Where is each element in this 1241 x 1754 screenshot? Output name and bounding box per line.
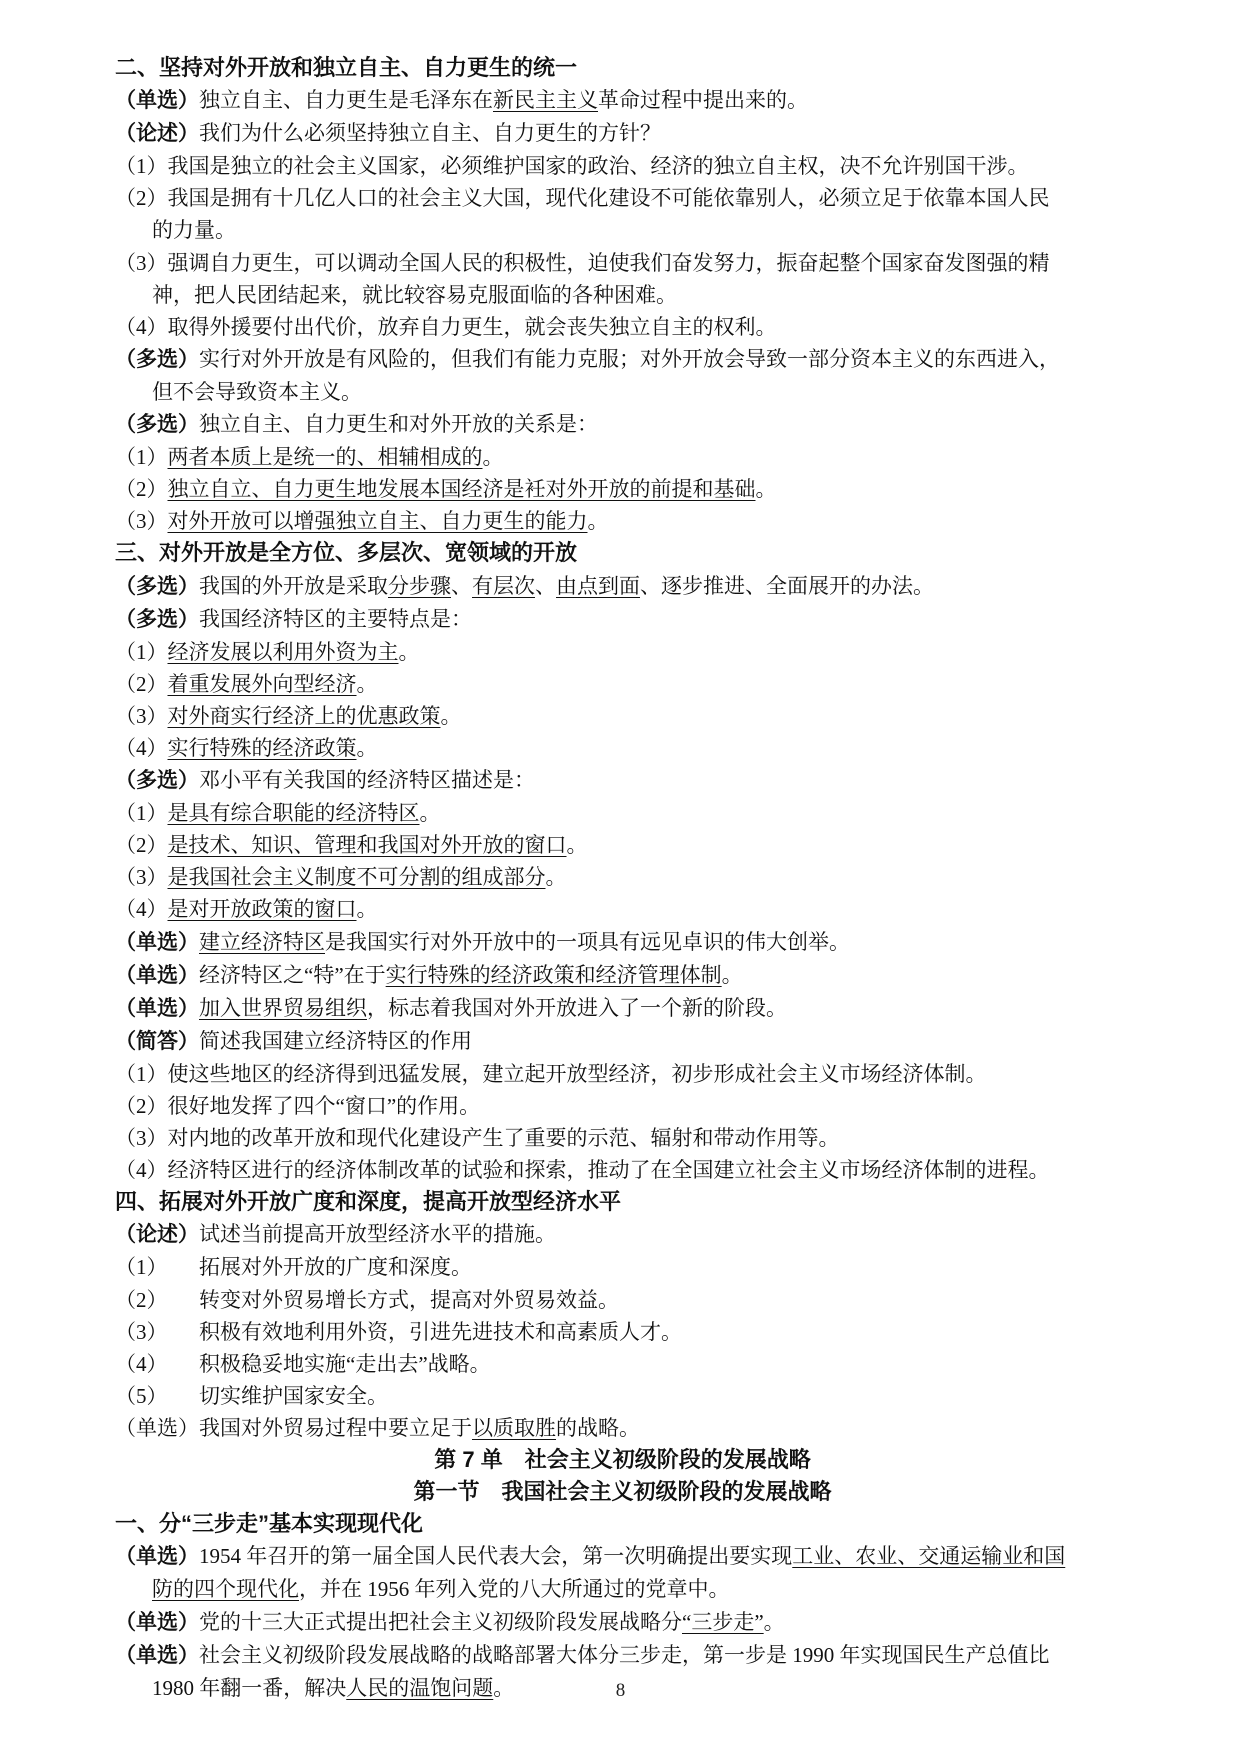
section-heading: 四、拓展对外开放广度和深度，提高开放型经济水平 bbox=[115, 1186, 1130, 1218]
text-run: 的力量。 bbox=[152, 218, 236, 242]
text-run: 神，把人民团结起来，就比较容易克服面临的各种困难。 bbox=[152, 283, 677, 307]
text-run: 、逐步推进、全面展开的办法。 bbox=[640, 574, 934, 598]
question-type-label: （单选） bbox=[115, 1545, 199, 1568]
text-run: （4） bbox=[115, 897, 168, 921]
text-run: （1） bbox=[115, 640, 168, 664]
text-run: 但不会导致资本主义。 bbox=[152, 380, 362, 404]
doc-line: 但不会导致资本主义。 bbox=[115, 376, 1130, 408]
doc-line: （1）经济发展以利用外资为主。 bbox=[115, 636, 1130, 668]
doc-line: （多选）我国的外开放是采取分步骤、有层次、由点到面、逐步推进、全面展开的办法。 bbox=[115, 570, 1130, 603]
text-run: 经济特区之“特”在于 bbox=[199, 963, 386, 987]
text-run: 独立自主、自力更生是毛泽东在 bbox=[199, 88, 493, 112]
underlined-answer-text: 以质取胜 bbox=[472, 1416, 556, 1440]
text-run: 。 bbox=[764, 1610, 785, 1634]
doc-line: （2）我国是拥有十几亿人口的社会主义大国，现代化建设不可能依靠别人，必须立足于依… bbox=[115, 182, 1130, 214]
underlined-answer-text: 由点到面 bbox=[556, 574, 640, 598]
doc-line: （1）两者本质上是统一的、相辅相成的。 bbox=[115, 441, 1130, 473]
doc-line: （2）很好地发挥了四个“窗口”的作用。 bbox=[115, 1090, 1130, 1122]
text-run: 二、坚持对外开放和独立自主、自力更生的统一 bbox=[115, 55, 577, 80]
underlined-answer-text: 建立经济特区 bbox=[199, 930, 325, 954]
doc-line: 神，把人民团结起来，就比较容易克服面临的各种困难。 bbox=[115, 279, 1130, 311]
underlined-answer-text: 加入世界贸易组织 bbox=[199, 996, 367, 1020]
doc-line: 的力量。 bbox=[115, 214, 1130, 246]
text-run: 党的十三大正式提出把社会主义初级阶段发展战略分 bbox=[199, 1610, 682, 1634]
doc-line: （5） 切实维护国家安全。 bbox=[115, 1380, 1130, 1412]
underlined-answer-text: 是我国社会主义制度不可分割的组成部分 bbox=[168, 865, 546, 889]
text-run: 试述当前提高开放型经济水平的措施。 bbox=[199, 1222, 556, 1246]
text-run: （1） bbox=[115, 445, 168, 469]
doc-line: （1） 拓展对外开放的广度和深度。 bbox=[115, 1251, 1130, 1283]
text-run: （4） bbox=[115, 736, 168, 760]
text-run: 四、拓展对外开放广度和深度，提高开放型经济水平 bbox=[115, 1189, 621, 1214]
doc-line: （单选）经济特区之“特”在于实行特殊的经济政策和经济管理体制。 bbox=[115, 959, 1130, 992]
underlined-answer-text: 着重发展外向型经济 bbox=[168, 672, 357, 696]
doc-line: （单选）社会主义初级阶段发展战略的战略部署大体分三步走，第一步是 1990 年实… bbox=[115, 1639, 1130, 1672]
text-run: 。 bbox=[399, 640, 420, 664]
doc-line: （2）着重发展外向型经济。 bbox=[115, 668, 1130, 700]
underlined-answer-text: 实行特殊的经济政策和经济管理体制 bbox=[386, 963, 722, 987]
chapter-title: 第 7 单 社会主义初级阶段的发展战略 bbox=[115, 1444, 1130, 1476]
doc-line: （单选）党的十三大正式提出把社会主义初级阶段发展战略分“三步走”。 bbox=[115, 1606, 1130, 1639]
chapter-title: 第一节 我国社会主义初级阶段的发展战略 bbox=[115, 1476, 1130, 1508]
text-run: 邓小平有关我国的经济特区描述是： bbox=[199, 768, 535, 792]
text-run: 实行对外开放是有风险的，但我们有能力克服；对外开放会导致一部分资本主义的东西进入… bbox=[199, 347, 1060, 371]
doc-line: （3）对外商实行经济上的优惠政策。 bbox=[115, 700, 1130, 732]
text-run: 1954 年召开的第一届全国人民代表大会，第一次明确提出要实现 bbox=[199, 1544, 792, 1568]
text-run: 第 7 单 社会主义初级阶段的发展战略 bbox=[434, 1447, 810, 1472]
question-type-label: （多选） bbox=[115, 413, 199, 436]
doc-line: （简答）简述我国建立经济特区的作用 bbox=[115, 1025, 1130, 1058]
text-run: ，标志着我国对外开放进入了一个新的阶段。 bbox=[367, 996, 787, 1020]
underlined-answer-text: 两者本质上是统一的、相辅相成的 bbox=[168, 445, 483, 469]
text-run: （3）强调自力更生，可以调动全国人民的积极性，迫使我们奋发努力，振奋起整个国家奋… bbox=[115, 251, 1050, 275]
question-type-label: （多选） bbox=[115, 575, 199, 598]
underlined-answer-text: 对外商实行经济上的优惠政策 bbox=[168, 704, 441, 728]
text-run: （2） 转变对外贸易增长方式，提高对外贸易效益。 bbox=[115, 1288, 619, 1312]
underlined-answer-text: 是对开放政策的窗口 bbox=[168, 897, 357, 921]
underlined-answer-text: “三步走” bbox=[682, 1610, 764, 1634]
text-run: （1） 拓展对外开放的广度和深度。 bbox=[115, 1255, 472, 1279]
text-run: （4）经济特区进行的经济体制改革的试验和探索，推动了在全国建立社会主义市场经济体… bbox=[115, 1158, 1050, 1182]
doc-line: （3）强调自力更生，可以调动全国人民的积极性，迫使我们奋发努力，振奋起整个国家奋… bbox=[115, 247, 1130, 279]
document-body: 二、坚持对外开放和独立自主、自力更生的统一（单选）独立自主、自力更生是毛泽东在新… bbox=[115, 52, 1130, 1704]
doc-line: （多选）独立自主、自力更生和对外开放的关系是： bbox=[115, 408, 1130, 441]
doc-line: （1）使这些地区的经济得到迅猛发展，建立起开放型经济，初步形成社会主义市场经济体… bbox=[115, 1058, 1130, 1090]
text-run: （1）我国是独立的社会主义国家，必须维护国家的政治、经济的独立自主权，决不允许别… bbox=[115, 154, 1029, 178]
text-run: （2） bbox=[115, 833, 168, 857]
question-type-label: （论述） bbox=[115, 122, 199, 145]
underlined-answer-text: 实行特殊的经济政策 bbox=[168, 736, 357, 760]
text-run: 。 bbox=[483, 445, 504, 469]
text-run: （3） 积极有效地利用外资，引进先进技术和高素质人才。 bbox=[115, 1320, 682, 1344]
text-run: 我国经济特区的主要特点是： bbox=[199, 607, 472, 631]
page-number: 8 bbox=[0, 1680, 1241, 1702]
underlined-answer-text: 分步骤 bbox=[388, 574, 451, 598]
text-run: 。 bbox=[756, 477, 777, 501]
text-run: （2） bbox=[115, 477, 168, 501]
underlined-answer-text: 防的四个现代化 bbox=[152, 1577, 299, 1601]
doc-line: （1）是具有综合职能的经济特区。 bbox=[115, 797, 1130, 829]
text-run: 。 bbox=[357, 736, 378, 760]
question-type-label: （单选） bbox=[115, 964, 199, 987]
text-run: 、 bbox=[535, 574, 556, 598]
question-type-label: （单选） bbox=[115, 89, 199, 112]
text-run: （1）使这些地区的经济得到迅猛发展，建立起开放型经济，初步形成社会主义市场经济体… bbox=[115, 1062, 987, 1086]
text-run: 。 bbox=[546, 865, 567, 889]
doc-line: （2） 转变对外贸易增长方式，提高对外贸易效益。 bbox=[115, 1284, 1130, 1316]
underlined-answer-text: 对外开放可以增强独立自主、自力更生的能力 bbox=[168, 509, 588, 533]
text-run: （3）对内地的改革开放和现代化建设产生了重要的示范、辐射和带动作用等。 bbox=[115, 1126, 840, 1150]
doc-line: （单选）我国对外贸易过程中要立足于以质取胜的战略。 bbox=[115, 1412, 1130, 1444]
text-run: （3） bbox=[115, 865, 168, 889]
section-heading: 一、分“三步走”基本实现现代化 bbox=[115, 1508, 1130, 1540]
text-run: （2）我国是拥有十几亿人口的社会主义大国，现代化建设不可能依靠别人，必须立足于依… bbox=[115, 186, 1050, 210]
doc-line: （单选）加入世界贸易组织，标志着我国对外开放进入了一个新的阶段。 bbox=[115, 992, 1130, 1025]
section-heading: 三、对外开放是全方位、多层次、宽领域的开放 bbox=[115, 537, 1130, 569]
text-run: 社会主义初级阶段发展战略的战略部署大体分三步走，第一步是 1990 年实现国民生… bbox=[199, 1643, 1050, 1667]
doc-line: 防的四个现代化，并在 1956 年列入党的八大所通过的党章中。 bbox=[115, 1573, 1130, 1605]
doc-line: （单选）1954 年召开的第一届全国人民代表大会，第一次明确提出要实现工业、农业… bbox=[115, 1540, 1130, 1573]
question-type-label: （多选） bbox=[115, 769, 199, 792]
text-run: 。 bbox=[441, 704, 462, 728]
text-run: 独立自主、自力更生和对外开放的关系是： bbox=[199, 412, 598, 436]
text-run: 。 bbox=[722, 963, 743, 987]
doc-line: （多选）实行对外开放是有风险的，但我们有能力克服；对外开放会导致一部分资本主义的… bbox=[115, 343, 1130, 376]
section-heading: 二、坚持对外开放和独立自主、自力更生的统一 bbox=[115, 52, 1130, 84]
text-run: （1） bbox=[115, 801, 168, 825]
text-run: （4） 积极稳妥地实施“走出去”战略。 bbox=[115, 1352, 491, 1376]
text-run: 。 bbox=[357, 897, 378, 921]
doc-line: （单选）建立经济特区是我国实行对外开放中的一项具有远见卓识的伟大创举。 bbox=[115, 926, 1130, 959]
text-run: （3） bbox=[115, 509, 168, 533]
text-run: 一、分“三步走”基本实现现代化 bbox=[115, 1511, 423, 1536]
question-type-label: （多选） bbox=[115, 348, 199, 371]
question-type-label: （单选） bbox=[115, 997, 199, 1020]
text-run: ，并在 1956 年列入党的八大所通过的党章中。 bbox=[299, 1577, 730, 1601]
text-run: 、 bbox=[451, 574, 472, 598]
underlined-answer-text: 独立自立、自力更生地发展本国经济是衽对外开放的前提和基础 bbox=[168, 477, 756, 501]
text-run: （单选）我国对外贸易过程中要立足于 bbox=[115, 1416, 472, 1440]
doc-line: （论述）试述当前提高开放型经济水平的措施。 bbox=[115, 1218, 1130, 1251]
question-type-label: （单选） bbox=[115, 931, 199, 954]
underlined-answer-text: 是具有综合职能的经济特区 bbox=[168, 801, 420, 825]
text-run: 。 bbox=[588, 509, 609, 533]
text-run: 我们为什么必须坚持独立自主、自力更生的方针？ bbox=[199, 121, 661, 145]
question-type-label: （论述） bbox=[115, 1223, 199, 1246]
text-run: （2） bbox=[115, 672, 168, 696]
doc-line: （论述）我们为什么必须坚持独立自主、自力更生的方针？ bbox=[115, 117, 1130, 150]
doc-line: （多选）我国经济特区的主要特点是： bbox=[115, 603, 1130, 636]
doc-line: （3）对内地的改革开放和现代化建设产生了重要的示范、辐射和带动作用等。 bbox=[115, 1122, 1130, 1154]
question-type-label: （单选） bbox=[115, 1611, 199, 1634]
question-type-label: （单选） bbox=[115, 1644, 199, 1667]
underlined-answer-text: 是技术、知识、管理和我国对外开放的窗口 bbox=[168, 833, 567, 857]
text-run: （4）取得外援要付出代价，放弃自力更生，就会丧失独立自主的权利。 bbox=[115, 315, 777, 339]
text-run: 是我国实行对外开放中的一项具有远见卓识的伟大创举。 bbox=[325, 930, 850, 954]
underlined-answer-text: 工业、农业、交通运输业和国 bbox=[792, 1544, 1065, 1568]
text-run: 。 bbox=[567, 833, 588, 857]
text-run: （5） 切实维护国家安全。 bbox=[115, 1384, 388, 1408]
doc-line: （3） 积极有效地利用外资，引进先进技术和高素质人才。 bbox=[115, 1316, 1130, 1348]
text-run: 革命过程中提出来的。 bbox=[598, 88, 808, 112]
text-run: 三、对外开放是全方位、多层次、宽领域的开放 bbox=[115, 540, 577, 565]
text-run: 第一节 我国社会主义初级阶段的发展战略 bbox=[413, 1479, 831, 1504]
doc-line: （4）取得外援要付出代价，放弃自力更生，就会丧失独立自主的权利。 bbox=[115, 311, 1130, 343]
underlined-answer-text: 新民主主义 bbox=[493, 88, 598, 112]
text-run: 。 bbox=[420, 801, 441, 825]
text-run: 我国的外开放是采取 bbox=[199, 574, 388, 598]
text-run: （3） bbox=[115, 704, 168, 728]
doc-line: （4） 积极稳妥地实施“走出去”战略。 bbox=[115, 1348, 1130, 1380]
doc-line: （2）独立自立、自力更生地发展本国经济是衽对外开放的前提和基础。 bbox=[115, 473, 1130, 505]
doc-line: （多选）邓小平有关我国的经济特区描述是： bbox=[115, 764, 1130, 797]
question-type-label: （简答） bbox=[115, 1030, 199, 1053]
doc-line: （4）实行特殊的经济政策。 bbox=[115, 732, 1130, 764]
doc-line: （4）是对开放政策的窗口。 bbox=[115, 893, 1130, 925]
doc-line: （2）是技术、知识、管理和我国对外开放的窗口。 bbox=[115, 829, 1130, 861]
text-run: 。 bbox=[357, 672, 378, 696]
underlined-answer-text: 有层次 bbox=[472, 574, 535, 598]
text-run: 的战略。 bbox=[556, 1416, 640, 1440]
doc-line: （3）对外开放可以增强独立自主、自力更生的能力。 bbox=[115, 505, 1130, 537]
text-run: 简述我国建立经济特区的作用 bbox=[199, 1029, 472, 1053]
doc-line: （单选）独立自主、自力更生是毛泽东在新民主主义革命过程中提出来的。 bbox=[115, 84, 1130, 117]
underlined-answer-text: 经济发展以利用外资为主 bbox=[168, 640, 399, 664]
doc-line: （3）是我国社会主义制度不可分割的组成部分。 bbox=[115, 861, 1130, 893]
doc-line: （4）经济特区进行的经济体制改革的试验和探索，推动了在全国建立社会主义市场经济体… bbox=[115, 1154, 1130, 1186]
doc-line: （1）我国是独立的社会主义国家，必须维护国家的政治、经济的独立自主权，决不允许别… bbox=[115, 150, 1130, 182]
question-type-label: （多选） bbox=[115, 608, 199, 631]
text-run: （2）很好地发挥了四个“窗口”的作用。 bbox=[115, 1094, 480, 1118]
